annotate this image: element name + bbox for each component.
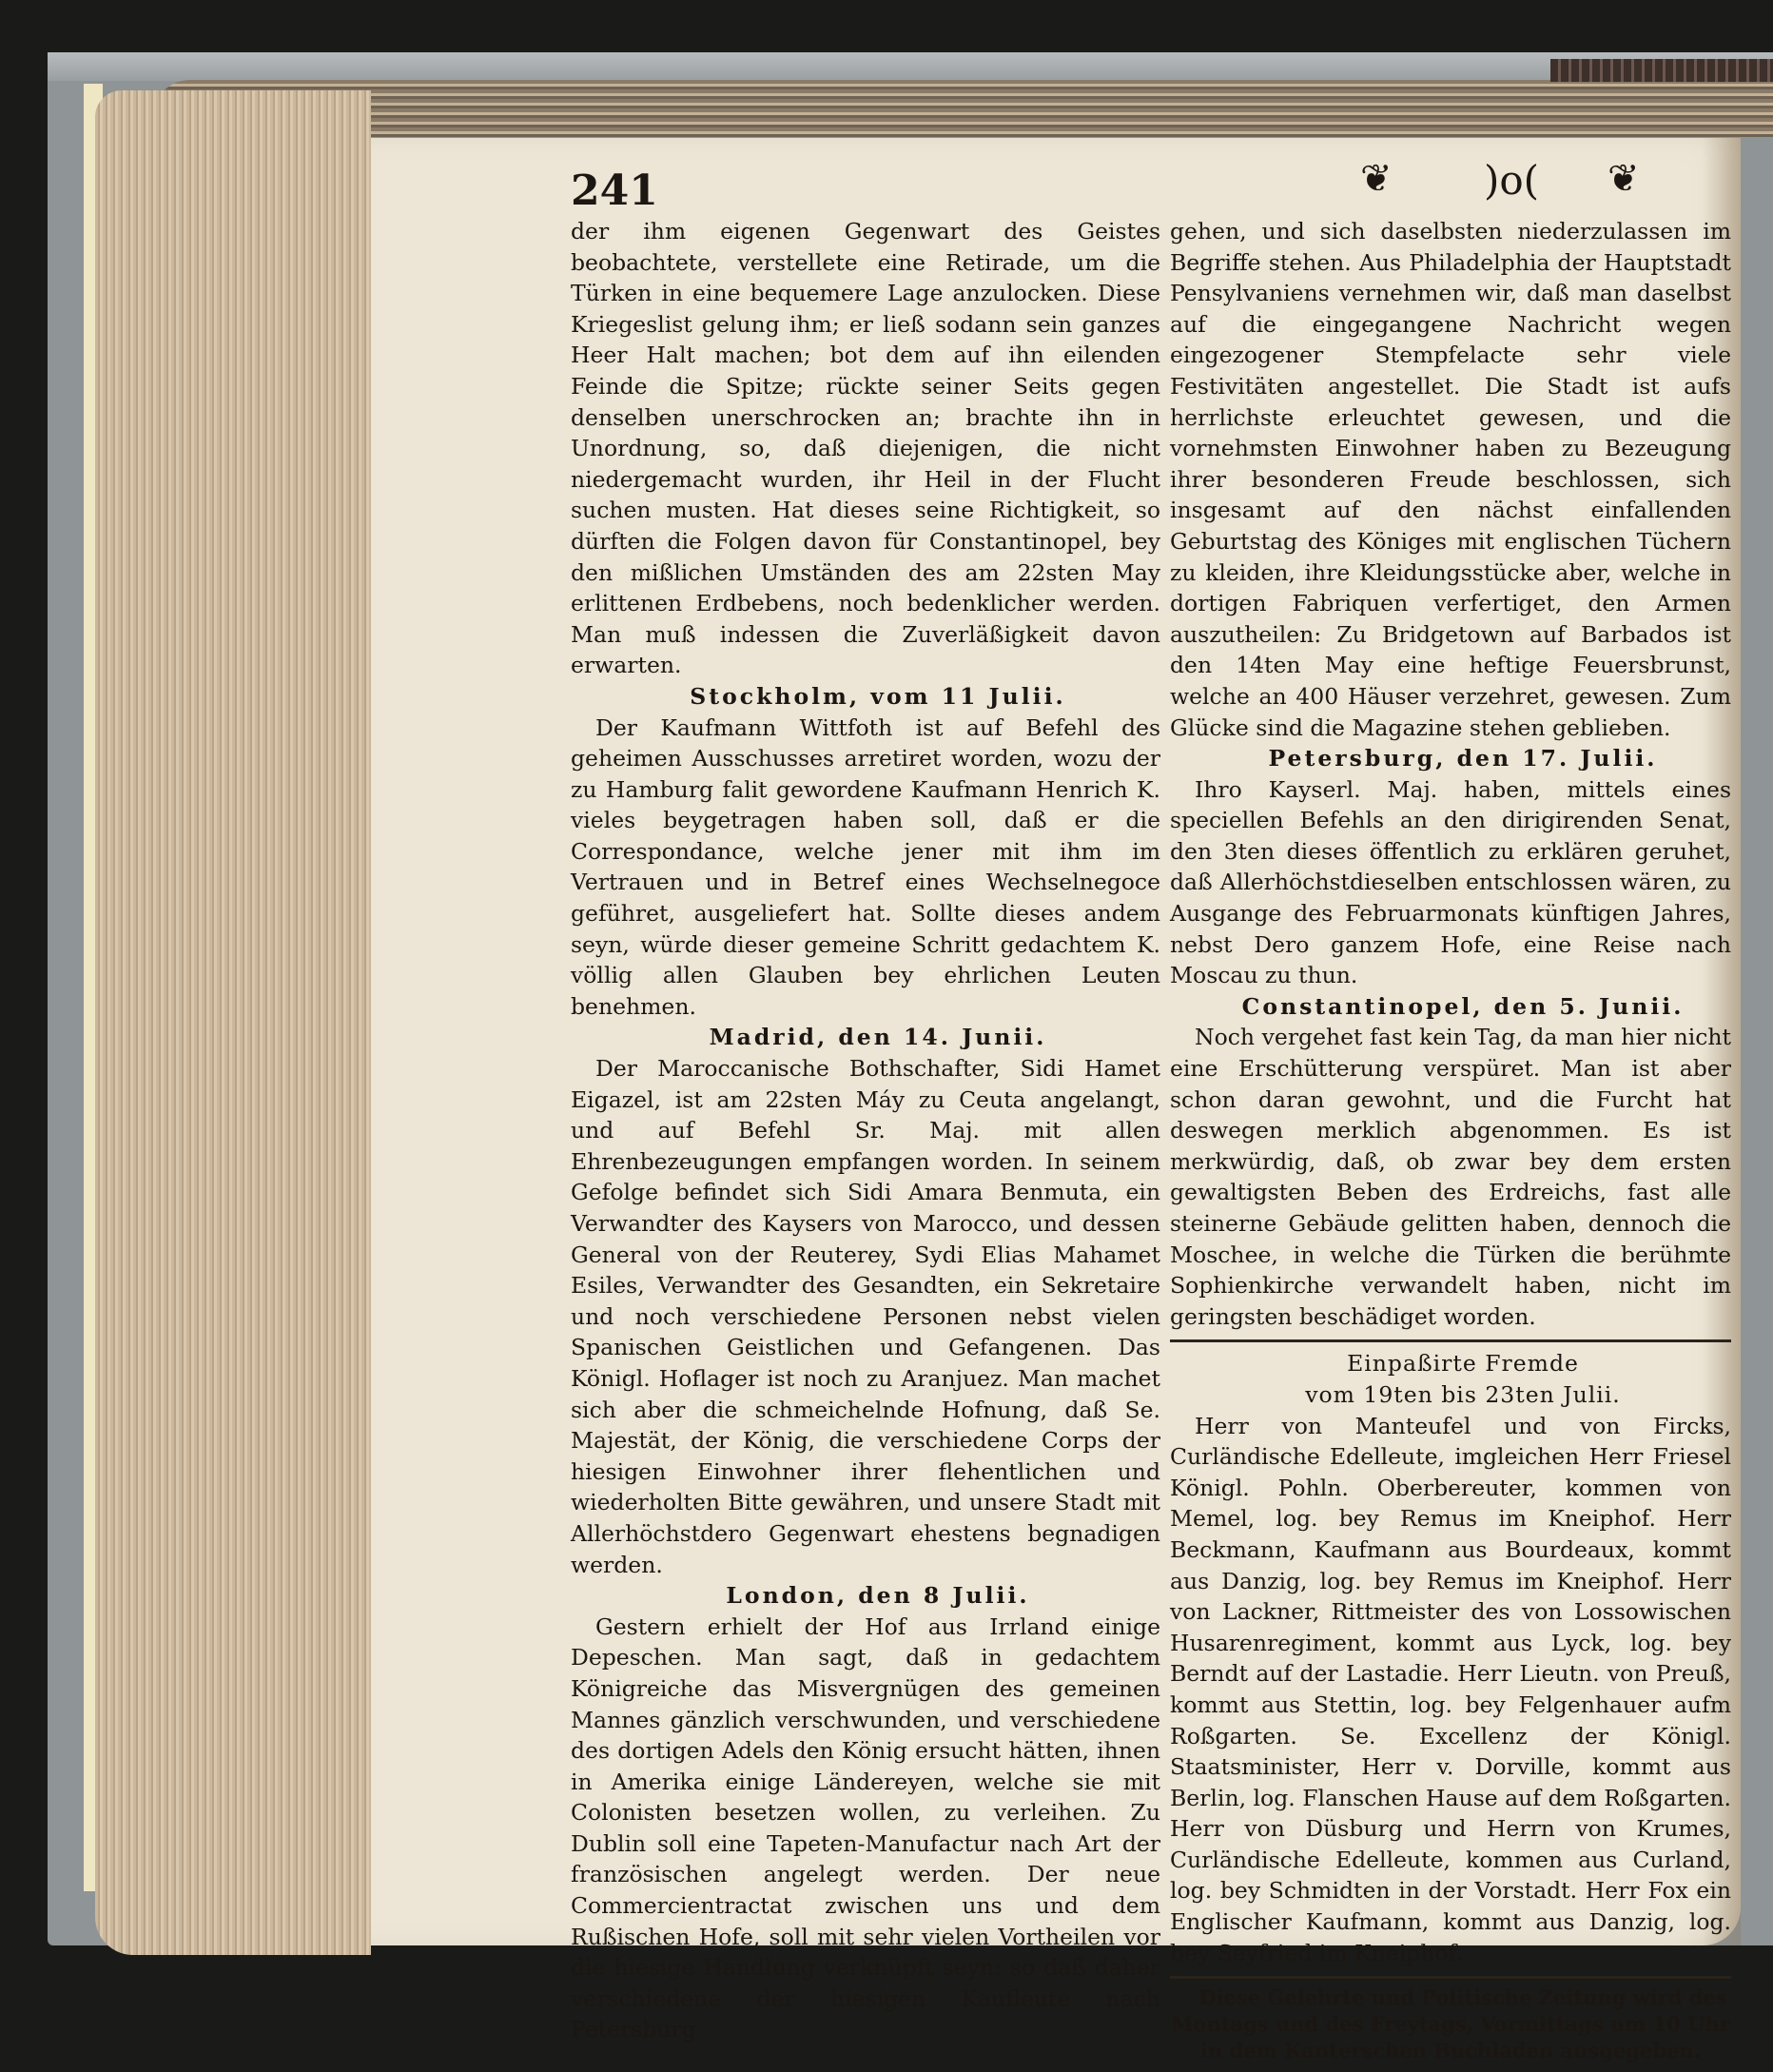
article-london: Gestern erhielt der Hof aus Irrland eini… [571,1612,1160,2045]
publication-note: Diese Gelehrte und Politische Zeitung wi… [1170,1984,1731,2064]
arrivals-subtitle: vom 19ten bis 23ten Julii. [1170,1379,1731,1411]
book-page: 241 ❦ )o( ❦ der ihm eigenen Gegenwart de… [371,138,1741,1945]
page-block-fore-edge [95,90,371,1955]
arrivals-list: Herr von Manteufel und von Fircks, Curlä… [1170,1411,1731,1969]
article-stockholm: Der Kaufmann Wittfoth ist auf Befehl des… [571,713,1160,1023]
article-constantinopel: Noch vergehet fast kein Tag, da man hier… [1170,1022,1731,1332]
page-header: 241 ❦ )o( ❦ [571,157,1636,224]
divider-ornament-icon: )o( [1484,157,1539,204]
dateline-madrid: Madrid, den 14. Junii. [571,1022,1160,1053]
left-column: der ihm eigenen Gegenwart des Geistes be… [571,216,1160,2045]
article-continuation: der ihm eigenen Gegenwart des Geistes be… [571,216,1160,681]
shell-ornament-icon: ❦ [1607,157,1640,201]
dateline-stockholm: Stockholm, vom 11 Julii. [571,681,1160,713]
page-block-top-edge [152,80,1773,137]
right-column: gehen, und sich daselbsten niederzulasse… [1170,216,1731,2064]
footer-divider [1170,1976,1731,1979]
article-petersburg: Ihro Kayserl. Maj. haben, mittels eines … [1170,774,1731,991]
book-cover-top-edge [48,52,1773,81]
page-number: 241 [571,166,658,215]
dateline-constantinopel: Constantinopel, den 5. Junii. [1170,991,1731,1023]
headband [1550,59,1773,82]
dateline-london: London, den 8 Julii. [571,1580,1160,1612]
shell-ornament-icon: ❦ [1360,157,1393,201]
dateline-petersburg: Petersburg, den 17. Julii. [1170,743,1731,774]
section-divider [1170,1339,1731,1342]
arrivals-title: Einpaßirte Fremde [1170,1348,1731,1379]
article-london-continued: gehen, und sich daselbsten niederzulasse… [1170,216,1731,743]
article-madrid: Der Maroccanische Bothschafter, Sidi Ham… [571,1053,1160,1580]
